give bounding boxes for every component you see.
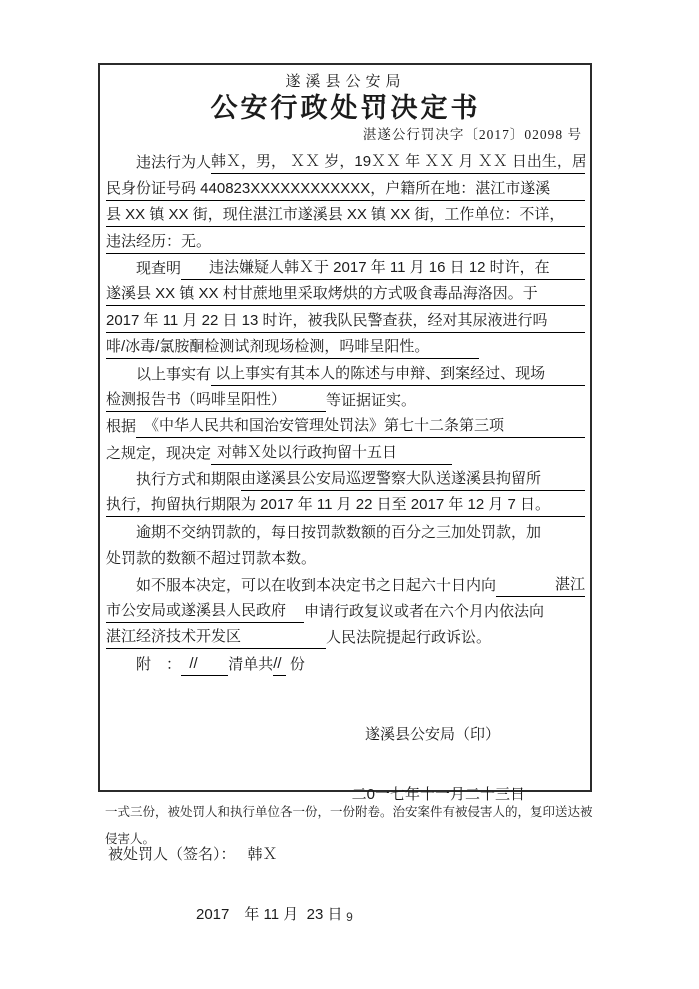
document-body-lines: 违法行为人韩Ｘ，男， ＸＸ 岁，19ＸＸ 年 ＸＸ 月 ＸＸ 日出生，居民身份证… [106,148,585,676]
body-line: 现查明违法嫌疑人韩Ｘ于 2017 年 11 月 16 日 12 时许，在 [106,254,585,280]
fill-in-text: 韩Ｘ，男， ＸＸ 岁，19ＸＸ 年 ＸＸ 月 ＸＸ 日出生，居 [211,150,585,174]
body-line: 湛江经济技术开发区人民法院提起行政诉讼。 [106,623,585,649]
printed-template-text: 根据 [106,415,136,438]
fill-in-text: 啡/冰毒/氯胺酮检测试剂现场检测，吗啡呈阳性。 [106,335,429,359]
body-line: 之规定，现决定对韩Ｘ处以行政拘留十五日 [106,438,585,464]
printed-template-text: 处罚款的数额不超过罚款本数。 [106,547,316,570]
body-line: 民身份证号码 440823XXXXXXXXXXXX，户籍所在地：湛江市遂溪 [106,174,585,200]
fill-in-text: 由遂溪县公安局巡逻警察大队送遂溪县拘留所 [241,467,585,491]
body-line: 市公安局或遂溪县人民政府申请行政复议或者在六个月内依法向 [106,597,585,623]
fill-in-text [286,411,326,412]
fill-in-text [496,596,555,597]
body-line: 检测报告书（吗啡呈阳性）等证据证实。 [106,386,585,412]
fill-in-text: 遂溪县 XX 镇 XX 村甘蔗地里采取烤烘的方式吸食毒品海洛因。于 [106,282,585,306]
document-number: 湛遂公行罚决字〔2017〕02098 号 [106,124,585,146]
decision-form-border-box: 遂溪县公安局 公安行政处罚决定书 湛遂公行罚决字〔2017〕02098 号 违法… [98,63,592,792]
printed-template-text: 申请行政复议或者在六个月内依法向 [304,600,544,623]
body-line: 遂溪县 XX 镇 XX 村甘蔗地里采取烤烘的方式吸食毒品海洛因。于 [106,280,585,306]
printed-template-text: 违法行为人 [136,151,211,174]
fill-in-text: 2017 年 11 月 22 日 13 时许，被我队民警查获，经对其尿液进行吗 [106,309,585,333]
agency-seal-line: 遂溪县公安局（印） [106,722,585,748]
body-line: 附 ： // 清单共// 份 [106,649,585,675]
scanned-document-page: 遂溪县公安局 公安行政处罚决定书 湛遂公行罚决字〔2017〕02098 号 违法… [0,0,699,989]
fill-in-text: 湛江 [555,573,585,597]
fill-in-text: 县 XX 镇 XX 街，现住湛江市遂溪县 XX 镇 XX 街，工作单位：不详， [106,203,585,227]
fill-in-text: 违法嫌疑人韩Ｘ于 2017 年 11 月 16 日 12 时许，在 [209,256,585,280]
distribution-footnote: 一式三份，被处罚人和执行单位各一份，一份附卷。治安案件有被侵害人的，复印送达被侵… [98,799,598,853]
body-line: 处罚款的数额不超过罚款本数。 [106,544,585,570]
printed-template-text: 人民法院提起行政诉讼。 [326,626,491,649]
fill-in-text: // [273,652,286,676]
printed-template-text: 之规定，现决定 [106,442,211,465]
printed-template-text: 等证据证实。 [326,389,416,412]
printed-template-text: 如不服本决定，可以在收到本决定书之日起六十日内向 [136,574,496,597]
body-line: 根据《中华人民共和国治安管理处罚法》第七十二条第三项 [106,412,585,438]
fill-in-text [181,279,209,280]
body-line: 2017 年 11 月 22 日 13 时许，被我队民警查获，经对其尿液进行吗 [106,306,585,332]
page-number: 9 [0,910,699,924]
fill-in-text [241,648,326,649]
fill-in-text [136,437,144,438]
fill-in-text: 市公安局或遂溪县人民政府 [106,599,286,623]
fill-in-text: 对韩Ｘ处以行政拘留十五日 [217,441,397,465]
printed-template-text: 执行方式和期限 [136,468,241,491]
fill-in-text: 违法经历：无。 [106,230,585,254]
fill-in-text [286,622,304,623]
body-line: 执行方式和期限由遂溪县公安局巡逻警察大队送遂溪县拘留所 [106,465,585,491]
fill-in-text: 执行，拘留执行期限为 2017 年 11 月 22 日至 2017 年 12 月… [106,493,585,517]
fill-in-text: 以上事实有其本人的陈述与申辩、到案经过、现场 [211,362,585,386]
printed-template-text: 现查明 [136,257,181,280]
printed-template-text: 以上事实有 [136,363,211,386]
printed-template-text: 附 ： [136,653,181,676]
fill-in-text: 《中华人民共和国治安管理处罚法》第七十二条第三项 [144,414,585,438]
issuing-agency-name: 遂溪县公安局 [106,71,585,93]
body-line: 执行，拘留执行期限为 2017 年 11 月 22 日至 2017 年 12 月… [106,491,585,517]
document-title: 公安行政处罚决定书 [106,93,585,124]
fill-in-text: // [181,652,210,676]
body-line: 逾期不交纳罚款的，每日按罚款数额的百分之三加处罚款，加 [106,517,585,543]
body-line: 以上事实有 以上事实有其本人的陈述与申辩、到案经过、现场 [106,359,585,385]
printed-template-text: 逾期不交纳罚款的，每日按罚款数额的百分之三加处罚款，加 [136,521,541,544]
fill-in-text: 检测报告书（吗啡呈阳性） [106,388,286,412]
fill-in-text [397,464,452,465]
fill-in-text [429,358,479,359]
printed-template-text: 清单共 [228,653,273,676]
body-line: 违法行为人韩Ｘ，男， ＸＸ 岁，19ＸＸ 年 ＸＸ 月 ＸＸ 日出生，居 [106,148,585,174]
body-line: 违法经历：无。 [106,227,585,253]
fill-in-text [210,675,228,676]
body-line: 县 XX 镇 XX 街，现住湛江市遂溪县 XX 镇 XX 街，工作单位：不详， [106,201,585,227]
body-line: 如不服本决定，可以在收到本决定书之日起六十日内向湛江 [106,570,585,596]
fill-in-text: 民身份证号码 440823XXXXXXXXXXXX，户籍所在地：湛江市遂溪 [106,177,585,201]
body-line: 啡/冰毒/氯胺酮检测试剂现场检测，吗啡呈阳性。 [106,333,585,359]
printed-template-text: 份 [286,653,305,676]
fill-in-text: 湛江经济技术开发区 [106,625,241,649]
